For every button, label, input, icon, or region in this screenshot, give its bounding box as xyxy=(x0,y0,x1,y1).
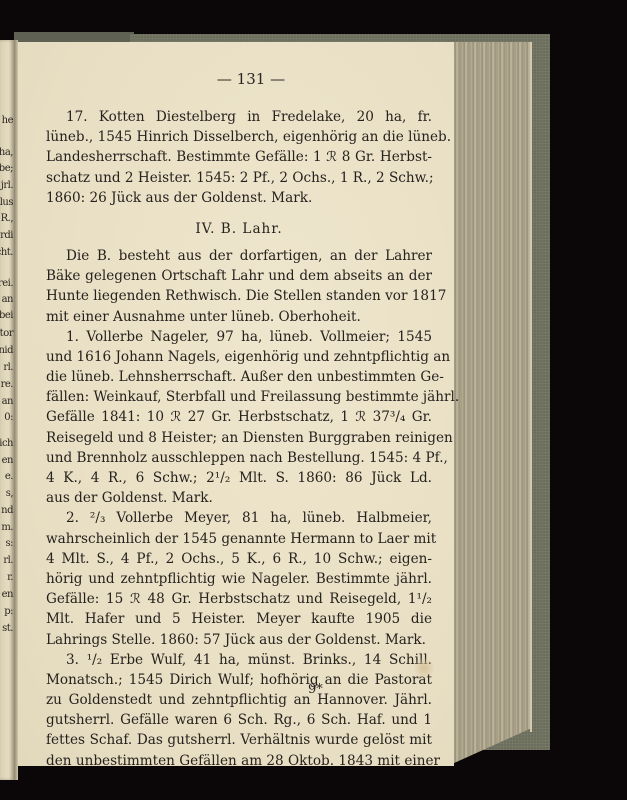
right-page: — 131 — 17. Kotten Diestelberg in Fredel… xyxy=(18,42,454,766)
text-line: 4 Mlt. S., 4 Pf., 2 Ochs., 5 K., 6 R., 1… xyxy=(46,549,432,569)
section-heading: IV. B. Lahr. xyxy=(46,212,432,242)
paragraph-entry-3: 3. ¹/₂ Erbe Wulf, 41 ha, münst. Brinks.,… xyxy=(46,650,432,771)
text-line: Lahrings Stelle. 1860: 57 Jück aus der G… xyxy=(46,630,432,650)
text-line: 2. ²/₃ Vollerbe Meyer, 81 ha, lüneb. Hal… xyxy=(46,508,432,528)
text-line: fällen: Weinkauf, Sterbfall und Freilass… xyxy=(46,387,432,407)
left-page-text-fragment: ha, xyxy=(0,147,13,158)
text-line: und Brennholz ausschleppen nach Bestellu… xyxy=(46,448,432,468)
text-line: zu Goldenstedt und zehntpflichtig an Han… xyxy=(46,690,432,710)
left-page-text-fragment: lus xyxy=(0,197,13,208)
left-page-text-fragment: rei. xyxy=(0,278,13,289)
left-page-text-fragment: e. xyxy=(5,471,13,482)
left-page-text-fragment: s: xyxy=(5,538,13,549)
left-page-text-fragment: an xyxy=(2,396,13,407)
left-page-text-fragment: bei xyxy=(0,310,13,321)
text-line: 17. Kotten Diestelberg in Fredelake, 20 … xyxy=(46,107,432,127)
text-line: 1. Vollerbe Nageler, 97 ha, lüneb. Vollm… xyxy=(46,327,432,347)
left-page-text-fragment: s, xyxy=(6,488,13,499)
left-page-text-fragment: he xyxy=(2,115,13,126)
left-page-text-fragment: st. xyxy=(2,623,13,634)
left-page-text-fragment: 0: xyxy=(4,412,13,423)
paragraph-entry-2: 2. ²/₃ Vollerbe Meyer, 81 ha, lüneb. Hal… xyxy=(46,508,432,649)
left-page-text-fragment: be; xyxy=(0,163,13,174)
scanned-book-spread: heha,be;jrl.lusR.,rdicht.rei.anbeitornid… xyxy=(0,0,627,800)
left-page-text-fragment: cht. xyxy=(0,247,13,258)
text-line: 3. ¹/₂ Erbe Wulf, 41 ha, münst. Brinks.,… xyxy=(46,650,432,670)
paragraph-entry-1: 1. Vollerbe Nageler, 97 ha, lüneb. Vollm… xyxy=(46,327,432,509)
text-line: Hunte liegenden Rethwisch. Die Stellen s… xyxy=(46,286,432,306)
text-line: den unbestimmten Gefällen am 28 Oktob. 1… xyxy=(46,751,432,771)
text-line: Bäke gelegenen Ortschaft Lahr und dem ab… xyxy=(46,266,432,286)
text-line: 4 K., 4 R., 6 Schw.; 2¹/₂ Mlt. S. 1860: … xyxy=(46,468,432,488)
paragraph-intro: Die B. besteht aus der dorfartigen, an d… xyxy=(46,246,432,327)
left-page-text-fragment: an xyxy=(2,294,13,305)
text-line: fettes Schaf. Das gutsherrl. Verhältnis … xyxy=(46,730,432,750)
text-line: und 1616 Johann Nagels, eigenhörig und z… xyxy=(46,347,432,367)
left-page-text-fragment: en xyxy=(2,455,13,466)
left-page-text-fragment: p: xyxy=(4,606,13,617)
left-page-text-fragment: nd xyxy=(1,505,13,516)
left-page-text-fragment: re. xyxy=(1,379,13,390)
text-line: schatz und 2 Heister. 1545: 2 Pf., 2 Och… xyxy=(46,168,432,188)
left-page-text-fragment: nich xyxy=(0,438,13,449)
text-line: wahrscheinlich der 1545 genannte Hermann… xyxy=(46,529,432,549)
text-line: Monatsch.; 1545 Dirich Wulf; hofhörig an… xyxy=(46,670,432,690)
text-line: Die B. besteht aus der dorfartigen, an d… xyxy=(46,246,432,266)
text-line: mit einer Ausnahme unter lüneb. Oberhohe… xyxy=(46,307,432,327)
text-line: Mlt. Hafer und 5 Heister. Meyer kaufte 1… xyxy=(46,609,432,629)
left-page-text-fragment: R., xyxy=(1,213,13,224)
left-page-text-fragment: nid xyxy=(0,345,13,356)
text-line: Reisegeld und 8 Heister; an Diensten Bur… xyxy=(46,428,432,448)
text-line: lüneb., 1545 Hinrich Disselberch, eigenh… xyxy=(46,127,432,147)
left-page-text-fragment: en xyxy=(2,589,13,600)
left-page-text-fragment: rl. xyxy=(3,555,13,566)
cover-board-top xyxy=(14,32,134,42)
paper-stain xyxy=(413,657,435,679)
left-page-text-fragment: m. xyxy=(1,522,13,533)
text-line: 1860: 26 Jück aus der Goldenst. Mark. xyxy=(46,188,432,208)
paragraph-entry-17: 17. Kotten Diestelberg in Fredelake, 20 … xyxy=(46,107,432,208)
left-page-text-fragment: jrl. xyxy=(1,180,13,191)
text-line: Landesherrschaft. Bestimmte Gefälle: 1 ℛ… xyxy=(46,147,432,167)
text-line: aus der Goldenst. Mark. xyxy=(46,488,432,508)
left-facing-page: heha,be;jrl.lusR.,rdicht.rei.anbeitornid… xyxy=(0,40,14,780)
signature-mark: 9* xyxy=(308,682,323,697)
text-line: die lüneb. Lehnsherrschaft. Außer den un… xyxy=(46,367,432,387)
section-heading-text: IV. B. Lahr. xyxy=(46,212,432,242)
page-number: — 131 — xyxy=(18,70,454,88)
text-line: gutsherrl. Gefälle waren 6 Sch. Rg., 6 S… xyxy=(46,710,432,730)
left-page-text-fragment: tor xyxy=(0,328,13,339)
text-line: Gefälle: 15 ℛ 48 Gr. Herbstschatz und Re… xyxy=(46,589,432,609)
text-line: hörig und zehntpflichtig wie Nageler. Be… xyxy=(46,569,432,589)
page-edges-highlight xyxy=(530,42,532,732)
left-page-text-fragment: rl. xyxy=(3,362,13,373)
page-edges-block xyxy=(452,42,532,764)
page-body-text: 17. Kotten Diestelberg in Fredelake, 20 … xyxy=(46,107,432,771)
left-page-text-fragment: r. xyxy=(7,572,13,583)
left-page-text-fragment: rdi xyxy=(0,230,13,241)
text-line: Gefälle 1841: 10 ℛ 27 Gr. Herbstschatz, … xyxy=(46,407,432,427)
